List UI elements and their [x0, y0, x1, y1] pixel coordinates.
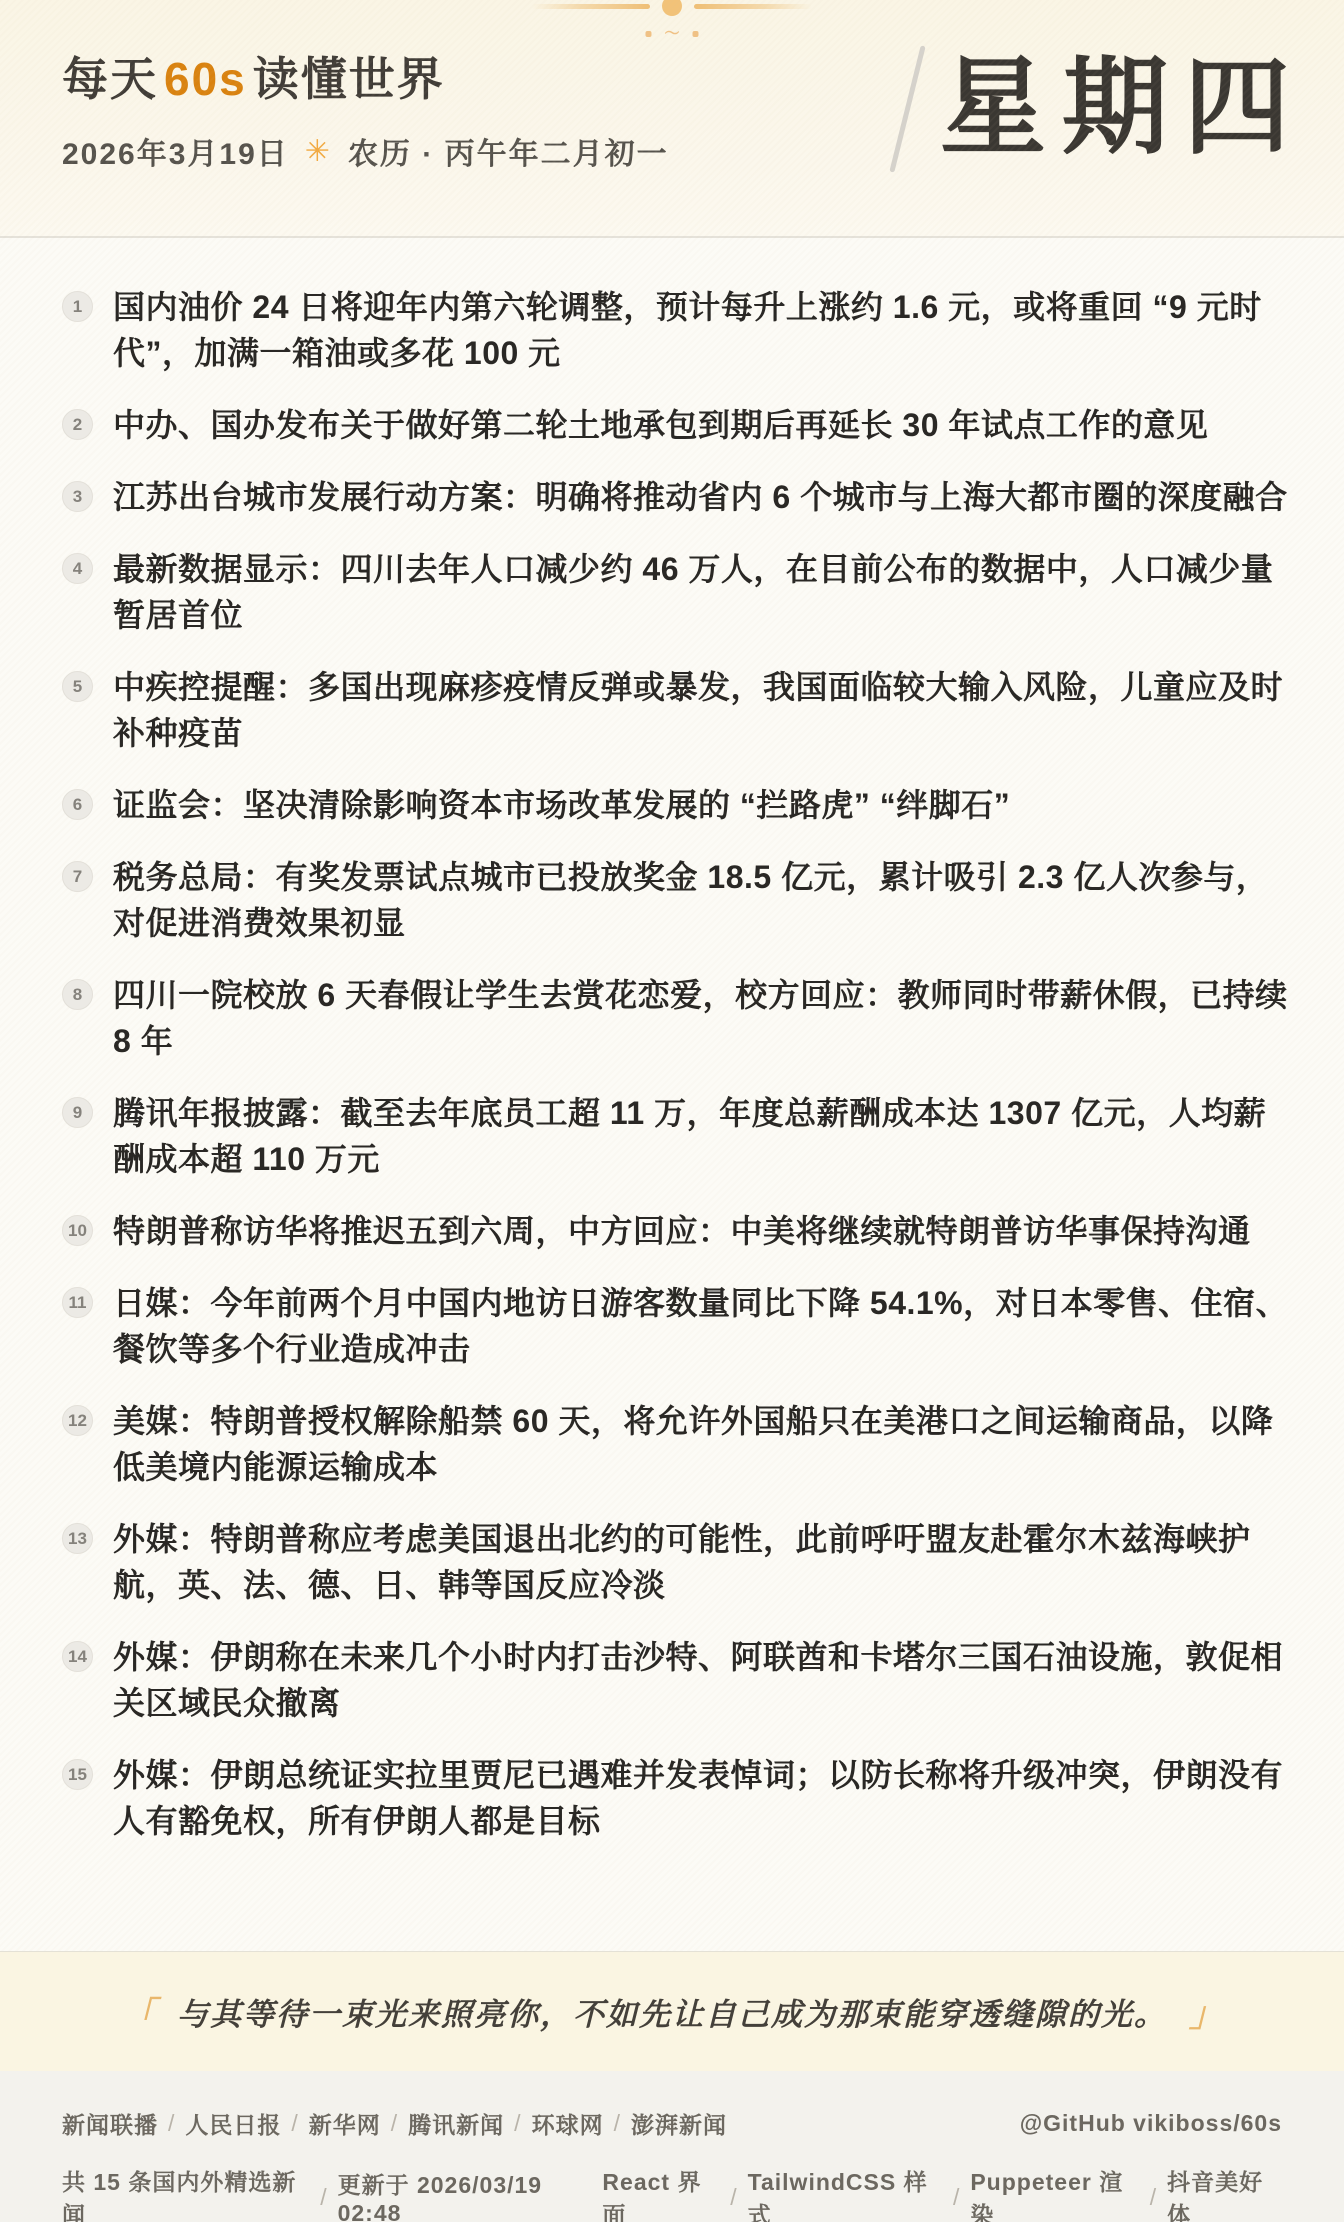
slash-separator: / — [604, 2110, 631, 2137]
slash-separator: / — [158, 2110, 185, 2137]
footer-row-sources: 新闻联播/人民日报/新华网/腾讯新闻/环球网/澎湃新闻 @GitHub viki… — [62, 2107, 1282, 2140]
news-item: 7税务总局：有奖发票试点城市已投放奖金 18.5 亿元，累计吸引 2.3 亿人次… — [62, 854, 1292, 946]
update-meta-list: 共 15 条国内外精选新闻/更新于 2026/03/19 02:48 — [62, 2164, 602, 2222]
footer-list-item: 共 15 条国内外精选新闻 — [62, 2164, 310, 2222]
news-text: 外媒：特朗普称应考虑美国退出北约的可能性，此前呼吁盟友赴霍尔木兹海峡护航，英、法… — [113, 1516, 1292, 1608]
news-number-badge: 11 — [62, 1287, 93, 1318]
footer-list-item: TailwindCSS 样式 — [748, 2164, 943, 2222]
news-item: 6证监会：坚决清除影响资本市场改革发展的 “拦路虎” “绊脚石” — [62, 782, 1292, 828]
title-prefix: 每天 — [62, 53, 158, 105]
news-number-badge: 5 — [62, 671, 93, 702]
news-item: 1国内油价 24 日将迎年内第六轮调整，预计每升上涨约 1.6 元，或将重回 “… — [62, 284, 1292, 376]
footer-list-item: 人民日报 — [185, 2107, 281, 2140]
footer-list-item: 腾讯新闻 — [408, 2107, 504, 2140]
news-item: 14外媒：伊朗称在未来几个小时内打击沙特、阿联酋和卡塔尔三国石油设施，敦促相关区… — [62, 1634, 1292, 1726]
lunar-date: 农历 · 丙午年二月初一 — [348, 129, 669, 173]
news-text: 国内油价 24 日将迎年内第六轮调整，预计每升上涨约 1.6 元，或将重回 “9… — [113, 284, 1292, 376]
footer-list-item: 新华网 — [309, 2107, 381, 2140]
news-text: 四川一院校放 6 天春假让学生去赏花恋爱，校方回应：教师同时带薪休假，已持续 8… — [113, 972, 1292, 1064]
github-credit: @GitHub vikiboss/60s — [1020, 2110, 1282, 2137]
news-item: 10特朗普称访华将推迟五到六周，中方回应：中美将继续就特朗普访华事保持沟通 — [62, 1208, 1292, 1254]
news-text: 税务总局：有奖发票试点城市已投放奖金 18.5 亿元，累计吸引 2.3 亿人次参… — [113, 854, 1292, 946]
news-text: 江苏出台城市发展行动方案：明确将推动省内 6 个城市与上海大都市圈的深度融合 — [113, 474, 1288, 520]
news-text: 最新数据显示：四川去年人口减少约 46 万人，在目前公布的数据中，人口减少量暂居… — [113, 546, 1292, 638]
footer-list-item: 更新于 2026/03/19 02:48 — [338, 2167, 603, 2222]
header-left: 每天60s读懂世界 2026年3月19日 ✳ 农历 · 丙午年二月初一 — [62, 52, 669, 173]
footer-list-item: 抖音美好体 — [1167, 2164, 1282, 2222]
slash-separator: / — [310, 2184, 337, 2211]
footer-list-item: 环球网 — [532, 2107, 604, 2140]
slash-divider-icon — [889, 45, 925, 172]
news-text: 腾讯年报披露：截至去年底员工超 11 万，年度总薪酬成本达 1307 亿元，人均… — [113, 1090, 1292, 1182]
news-number-badge: 7 — [62, 861, 93, 892]
news-number-badge: 13 — [62, 1523, 93, 1554]
slash-separator: / — [381, 2110, 408, 2137]
news-number-badge: 10 — [62, 1215, 93, 1246]
news-item: 12美媒：特朗普授权解除船禁 60 天，将允许外国船只在美港口之间运输商品，以降… — [62, 1398, 1292, 1490]
title-accent: 60s — [158, 53, 253, 105]
footer-row-meta: 共 15 条国内外精选新闻/更新于 2026/03/19 02:48 React… — [62, 2164, 1282, 2222]
news-number-badge: 2 — [62, 409, 93, 440]
news-number-badge: 12 — [62, 1405, 93, 1436]
daily-60s-news-card: 〜 每天60s读懂世界 2026年3月19日 ✳ 农历 · 丙午年二月初一 星期… — [0, 0, 1344, 2222]
slash-separator: / — [504, 2110, 531, 2137]
quote-band: 「 与其等待一束光来照亮你，不如先让自己成为那束能穿透缝隙的光。 」 — [0, 1951, 1344, 2071]
news-item: 9腾讯年报披露：截至去年底员工超 11 万，年度总薪酬成本达 1307 亿元，人… — [62, 1090, 1292, 1182]
tech-stack-list: React 界面/TailwindCSS 样式/Puppeteer 渲染/抖音美… — [602, 2164, 1282, 2222]
news-number-badge: 3 — [62, 481, 93, 512]
quote-close-bracket-icon: 」 — [1189, 1987, 1223, 2036]
footer: 新闻联播/人民日报/新华网/腾讯新闻/环球网/澎湃新闻 @GitHub viki… — [0, 2071, 1344, 2222]
news-number-badge: 14 — [62, 1641, 93, 1672]
footer-list-item: 澎湃新闻 — [631, 2107, 727, 2140]
news-item: 13外媒：特朗普称应考虑美国退出北约的可能性，此前呼吁盟友赴霍尔木兹海峡护航，英… — [62, 1516, 1292, 1608]
news-item: 8四川一院校放 6 天春假让学生去赏花恋爱，校方回应：教师同时带薪休假，已持续 … — [62, 972, 1292, 1064]
page-title: 每天60s读懂世界 — [62, 52, 669, 107]
slash-separator: / — [720, 2184, 747, 2211]
news-text: 美媒：特朗普授权解除船禁 60 天，将允许外国船只在美港口之间运输商品，以降低美… — [113, 1398, 1292, 1490]
news-item: 5中疾控提醒：多国出现麻疹疫情反弹或暴发，我国面临较大输入风险，儿童应及时补种疫… — [62, 664, 1292, 756]
news-text: 中办、国办发布关于做好第二轮土地承包到期后再延长 30 年试点工作的意见 — [113, 402, 1208, 448]
news-text: 特朗普称访华将推迟五到六周，中方回应：中美将继续就特朗普访华事保持沟通 — [113, 1208, 1251, 1254]
asterisk-icon: ✳ — [305, 134, 332, 169]
title-suffix: 读懂世界 — [253, 53, 445, 105]
date-row: 2026年3月19日 ✳ 农历 · 丙午年二月初一 — [62, 129, 669, 173]
news-item: 11日媒：今年前两个月中国内地访日游客数量同比下降 54.1%，对日本零售、住宿… — [62, 1280, 1292, 1372]
weekday-label: 星期四 — [940, 45, 1306, 172]
news-text: 中疾控提醒：多国出现麻疹疫情反弹或暴发，我国面临较大输入风险，儿童应及时补种疫苗 — [113, 664, 1292, 756]
quote-open-bracket-icon: 「 — [121, 1987, 155, 2036]
news-number-badge: 6 — [62, 789, 93, 820]
header: 〜 每天60s读懂世界 2026年3月19日 ✳ 农历 · 丙午年二月初一 星期… — [0, 0, 1344, 238]
news-text: 日媒：今年前两个月中国内地访日游客数量同比下降 54.1%，对日本零售、住宿、餐… — [113, 1280, 1292, 1372]
news-number-badge: 9 — [62, 1097, 93, 1128]
news-number-badge: 15 — [62, 1759, 93, 1790]
slash-separator: / — [281, 2110, 308, 2137]
slash-separator: / — [943, 2184, 970, 2211]
footer-list-item: 新闻联播 — [62, 2107, 158, 2140]
news-item: 4最新数据显示：四川去年人口减少约 46 万人，在目前公布的数据中，人口减少量暂… — [62, 546, 1292, 638]
footer-list-item: Puppeteer 渲染 — [970, 2164, 1139, 2222]
news-item: 3江苏出台城市发展行动方案：明确将推动省内 6 个城市与上海大都市圈的深度融合 — [62, 474, 1292, 520]
news-text: 外媒：伊朗称在未来几个小时内打击沙特、阿联酋和卡塔尔三国石油设施，敦促相关区域民… — [113, 1634, 1292, 1726]
news-text: 证监会：坚决清除影响资本市场改革发展的 “拦路虎” “绊脚石” — [113, 782, 1010, 828]
gregorian-date: 2026年3月19日 — [62, 129, 289, 173]
slash-separator: / — [1140, 2184, 1167, 2211]
news-list: 1国内油价 24 日将迎年内第六轮调整，预计每升上涨约 1.6 元，或将重回 “… — [0, 238, 1344, 1844]
quote-text: 与其等待一束光来照亮你，不如先让自己成为那束能穿透缝隙的光。 — [177, 1989, 1167, 2034]
news-number-badge: 4 — [62, 553, 93, 584]
news-item: 15外媒：伊朗总统证实拉里贾尼已遇难并发表悼词；以防长称将升级冲突，伊朗没有人有… — [62, 1752, 1292, 1844]
header-right: 星期四 — [905, 44, 1290, 174]
news-item: 2中办、国办发布关于做好第二轮土地承包到期后再延长 30 年试点工作的意见 — [62, 402, 1292, 448]
footer-list-item: React 界面 — [602, 2164, 720, 2222]
news-sources-list: 新闻联播/人民日报/新华网/腾讯新闻/环球网/澎湃新闻 — [62, 2107, 727, 2140]
news-number-badge: 8 — [62, 979, 93, 1010]
news-number-badge: 1 — [62, 291, 93, 322]
news-text: 外媒：伊朗总统证实拉里贾尼已遇难并发表悼词；以防长称将升级冲突，伊朗没有人有豁免… — [113, 1752, 1292, 1844]
